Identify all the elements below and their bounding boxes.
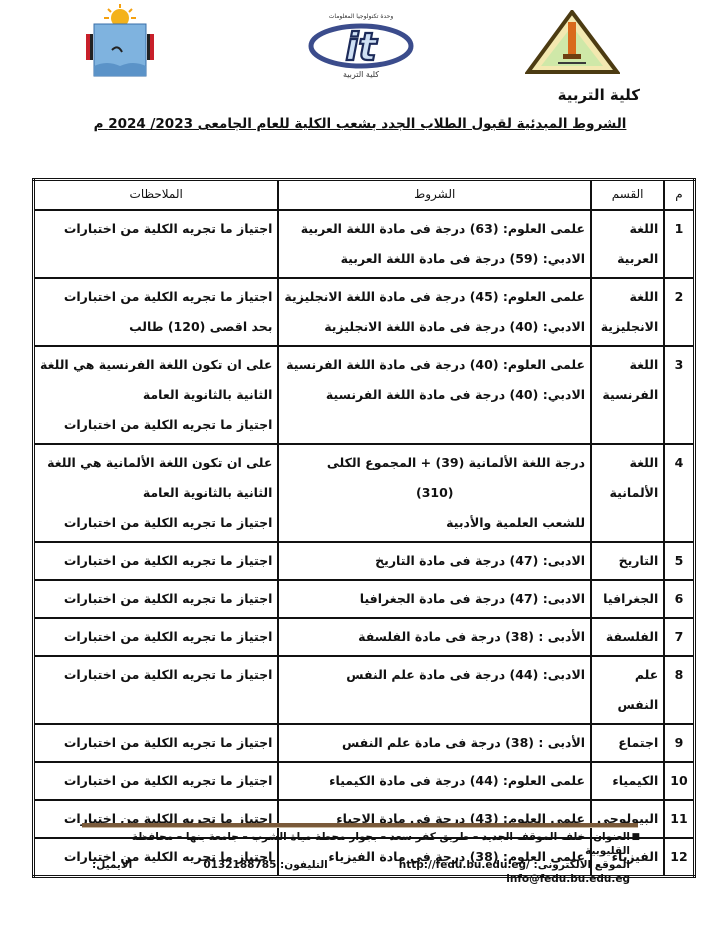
- condition-line: علمى العلوم: (40) درجة فى مادة اللغة الف…: [284, 350, 585, 380]
- column-header-notes: الملاحظات: [34, 180, 279, 211]
- note-line: اجتياز ما تجريه الكلية من اختبارات: [40, 214, 272, 244]
- conditions: علمى العلوم: (40) درجة فى مادة اللغة الف…: [278, 346, 591, 444]
- website-link[interactable]: http://fedu.bu.edu.eg/: [399, 858, 530, 872]
- conditions: الأدبى : (38) درجة فى مادة علم النفس: [278, 724, 591, 762]
- row-number: 9: [664, 724, 694, 762]
- department: اللغة الفرنسية: [591, 346, 664, 444]
- condition-line: الادبي: (40) درجة فى مادة اللغة الانجليز…: [284, 312, 585, 342]
- condition-line: الادبى: (47) درجة فى مادة الجغرافيا: [284, 584, 585, 614]
- note-line: اجتياز ما تجريه الكلية من اختبارات: [40, 282, 272, 312]
- notes: اجتياز ما تجريه الكلية من اختبارات: [34, 542, 279, 580]
- department: الجغرافيا: [591, 580, 664, 618]
- department: اللغة الانجليزية: [591, 278, 664, 346]
- condition-line: الادبي: (40) درجة فى مادة اللغة الفرنسية: [284, 380, 585, 410]
- condition-line: الادبى: (44) درجة فى مادة علم النفس: [284, 660, 585, 690]
- note-line: بحد اقصى (120) طالب: [40, 312, 272, 342]
- table-row: 8 علم النفس الادبى: (44) درجة فى مادة عل…: [34, 656, 695, 724]
- note-line: اجتياز ما تجريه الكلية من اختبارات: [40, 622, 272, 652]
- condition-line: الادبي: (59) درجة فى مادة اللغة العربية: [284, 244, 585, 274]
- notes: اجتياز ما تجريه الكلية من اختبارات: [34, 580, 279, 618]
- note-line: اجتياز ما تجريه الكلية من اختبارات: [40, 546, 272, 576]
- table-row: 2 اللغة الانجليزية علمى العلوم: (45) درج…: [34, 278, 695, 346]
- notes: اجتياز ما تجريه الكلية من اختبارات: [34, 656, 279, 724]
- row-number: 10: [664, 762, 694, 800]
- table-header-row: م القسم الشروط الملاحظات: [34, 180, 695, 211]
- department: علم النفس: [591, 656, 664, 724]
- email-label: الايميل:: [92, 858, 132, 872]
- notes: على ان تكون اللغة الألمانية هي اللغة الث…: [34, 444, 279, 542]
- note-line: على ان تكون اللغة الألمانية هي اللغة: [40, 448, 272, 478]
- department: التاريخ: [591, 542, 664, 580]
- bullet-icon: ■: [631, 830, 640, 844]
- condition-line: علمى العلوم: (45) درجة فى مادة اللغة الا…: [284, 282, 585, 312]
- table-row: 10 الكيمياء علمى العلوم: (44) درجة فى ما…: [34, 762, 695, 800]
- note-line: الثانية بالثانوية العامة: [40, 478, 272, 508]
- table-row: 3 اللغة الفرنسية علمى العلوم: (40) درجة …: [34, 346, 695, 444]
- condition-line: (310): [284, 478, 585, 508]
- svg-text:وحدة تكنولوجيا المعلومات: وحدة تكنولوجيا المعلومات: [329, 13, 394, 20]
- notes: اجتياز ما تجريه الكلية من اختبارات: [34, 724, 279, 762]
- condition-line: الأدبى : (38) درجة فى مادة علم النفس: [284, 728, 585, 758]
- notes: اجتياز ما تجريه الكلية من اختبارات بحد ا…: [34, 278, 279, 346]
- condition-line: للشعب العلمية والأدبية: [284, 508, 585, 538]
- admission-requirements-table: م القسم الشروط الملاحظات 1 اللغة العربية…: [32, 178, 696, 878]
- note-line: اجتياز ما تجريه الكلية من اختبارات: [40, 410, 272, 440]
- department: اللغة العربية: [591, 210, 664, 278]
- table-row: 5 التاريخ الادبى: (47) درجة فى مادة التا…: [34, 542, 695, 580]
- notes: اجتياز ما تجريه الكلية من اختبارات: [34, 618, 279, 656]
- table-row: 7 الفلسفة الأدبى : (38) درجة فى مادة الف…: [34, 618, 695, 656]
- note-line: اجتياز ما تجريه الكلية من اختبارات: [40, 508, 272, 538]
- faculty-name: كلية التربية: [558, 86, 640, 104]
- note-line: اجتياز ما تجريه الكلية من اختبارات: [40, 584, 272, 614]
- row-number: 8: [664, 656, 694, 724]
- row-number: 5: [664, 542, 694, 580]
- table-row: 4 اللغة الألمانية درجة اللغة الألمانية (…: [34, 444, 695, 542]
- row-number: 3: [664, 346, 694, 444]
- condition-line: الادبى: (47) درجة فى مادة التاريخ: [284, 546, 585, 576]
- row-number: 6: [664, 580, 694, 618]
- benha-university-logo: [525, 10, 620, 76]
- column-header-conditions: الشروط: [278, 180, 591, 211]
- website-label: الموقع الالكترونى:: [534, 859, 630, 871]
- notes: اجتياز ما تجريه الكلية من اختبارات: [34, 762, 279, 800]
- it-unit-logo: وحدة تكنولوجيا المعلومات it كلية التربية: [306, 8, 416, 80]
- department: الكيمياء: [591, 762, 664, 800]
- department: اللغة الألمانية: [591, 444, 664, 542]
- department: الفلسفة: [591, 618, 664, 656]
- notes: اجتياز ما تجريه الكلية من اختبارات: [34, 210, 279, 278]
- email-link[interactable]: info@fedu.bu.edu.eg: [506, 872, 630, 886]
- note-line: اجتياز ما تجريه الكلية من اختبارات: [40, 660, 272, 690]
- row-number: 4: [664, 444, 694, 542]
- row-number: 12: [664, 838, 694, 877]
- table-row: 1 اللغة العربية علمى العلوم: (63) درجة ف…: [34, 210, 695, 278]
- conditions: الادبى: (44) درجة فى مادة علم النفس: [278, 656, 591, 724]
- conditions: الادبى: (47) درجة فى مادة التاريخ: [278, 542, 591, 580]
- svg-text:it: it: [345, 25, 378, 69]
- column-header-department: القسم: [591, 180, 664, 211]
- conditions: الادبى: (47) درجة فى مادة الجغرافيا: [278, 580, 591, 618]
- conditions: درجة اللغة الألمانية (39) + المجموع الكل…: [278, 444, 591, 542]
- conditions: الأدبى : (38) درجة فى مادة الفلسفة: [278, 618, 591, 656]
- row-number: 2: [664, 278, 694, 346]
- row-number: 7: [664, 618, 694, 656]
- notes: على ان تكون اللغة الفرنسية هي اللغة الثا…: [34, 346, 279, 444]
- phone-number: 0132188785: [203, 858, 276, 872]
- note-line: الثانية بالثانوية العامة: [40, 380, 272, 410]
- footer-contact: ■ العنوان: خلف الموقف الجديد – طريق كفر …: [92, 830, 630, 886]
- note-line: على ان تكون اللغة الفرنسية هي اللغة: [40, 350, 272, 380]
- svg-text:كلية التربية: كلية التربية: [343, 70, 379, 79]
- row-number: 1: [664, 210, 694, 278]
- footer-divider: [82, 823, 638, 828]
- table-row: 9 اجتماع الأدبى : (38) درجة فى مادة علم …: [34, 724, 695, 762]
- faculty-of-education-logo: [82, 4, 158, 80]
- row-number: 11: [664, 800, 694, 838]
- conditions: علمى العلوم: (45) درجة فى مادة اللغة الا…: [278, 278, 591, 346]
- phone-label: التليفون:: [280, 859, 328, 871]
- note-line: اجتياز ما تجريه الكلية من اختبارات: [40, 728, 272, 758]
- document-title: الشروط المبدئية لقبول الطلاب الجدد بشعب …: [0, 116, 720, 132]
- conditions: علمى العلوم: (44) درجة فى مادة الكيمياء: [278, 762, 591, 800]
- note-line: اجتياز ما تجريه الكلية من اختبارات: [40, 766, 272, 796]
- conditions: علمى العلوم: (63) درجة فى مادة اللغة الع…: [278, 210, 591, 278]
- department: اجتماع: [591, 724, 664, 762]
- condition-line: درجة اللغة الألمانية (39) + المجموع الكل…: [284, 448, 585, 478]
- condition-line: الأدبى : (38) درجة فى مادة الفلسفة: [284, 622, 585, 652]
- condition-line: علمى العلوم: (63) درجة فى مادة اللغة الع…: [284, 214, 585, 244]
- footer-address: العنوان: خلف الموقف الجديد – طريق كفر سع…: [92, 830, 630, 858]
- table-row: 6 الجغرافيا الادبى: (47) درجة فى مادة ال…: [34, 580, 695, 618]
- condition-line: علمى العلوم: (44) درجة فى مادة الكيمياء: [284, 766, 585, 796]
- column-header-number: م: [664, 180, 694, 211]
